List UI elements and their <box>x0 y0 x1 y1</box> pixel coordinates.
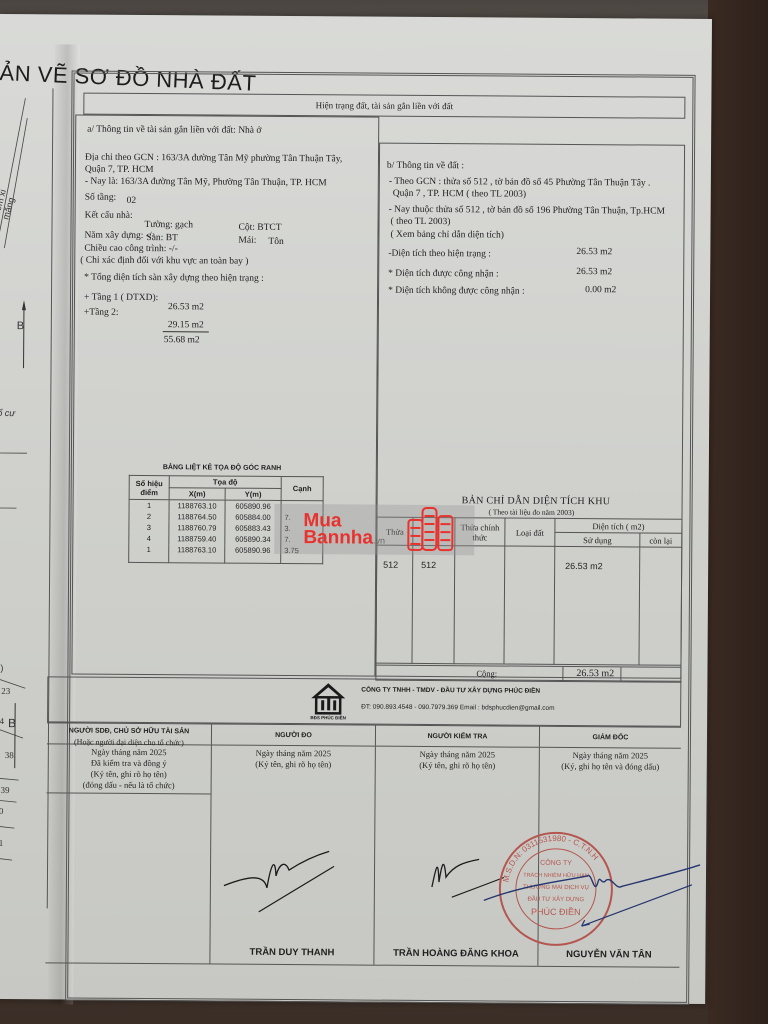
role-title: NGƯỜI SDĐ, CHỦ SỞ HỮU TÀI SẢN <box>47 725 211 737</box>
column-material: Cột: BTCT <box>238 223 281 234</box>
address-gcn: Địa chỉ theo GCN : 163/3A đường Tân Mỹ p… <box>85 153 342 165</box>
role-title: NGƯỜI ĐO <box>212 723 375 746</box>
svg-text:BĐS PHÚC ĐIỀN: BĐS PHÚC ĐIỀN <box>310 714 346 720</box>
floor1-label: + Tầng 1 ( DTXD): <box>84 293 158 304</box>
parcel-gcn-district: Quận 7 , TP. HCM ( theo TL 2003) <box>393 189 526 200</box>
parcel-now: - Nay thuộc thửa số 512 , tờ bản đồ số 1… <box>389 205 665 217</box>
section-marker-b: B <box>17 320 24 332</box>
house-logo-icon: BĐS PHÚC ĐIỀN <box>308 680 348 720</box>
table-row: 512 512 26.53 m2 <box>376 545 682 665</box>
company-name: CÔNG TY TNHH - TMDV - ĐẦU TƯ XÂY DỰNG PH… <box>361 687 540 695</box>
lot-number: 23 <box>1 686 10 696</box>
surveyor-signature <box>219 846 349 917</box>
floor2-value: 29.15 m2 <box>168 320 204 331</box>
section-marker-b: B <box>8 716 16 730</box>
area-unrecognized-label: * Diện tích không được công nhận : <box>388 286 525 297</box>
site-plan-strip: Hẻm xi măng B ổ cư 3) 23 24 B 38 39 40 4… <box>0 88 53 908</box>
section-b-heading: b/ Thông tin về đất : <box>387 161 464 172</box>
watermark-building-icon <box>406 506 456 552</box>
floor1-value: 26.53 m2 <box>168 302 204 313</box>
lot-number: 24 <box>0 716 4 726</box>
lot-number: 40 <box>0 806 3 816</box>
col-land-type: Loại đất <box>505 518 555 546</box>
total-floor-area-value: 55.68 m2 <box>164 335 200 346</box>
company-contact: ĐT: 090.893.4548 - 090.7979.369 Email : … <box>361 704 554 712</box>
year-built: Năm xây dựng: -/- <box>84 231 154 242</box>
address-gcn-district: Quận 7, TP. HCM <box>85 165 154 176</box>
col-y: Y(m) <box>225 488 281 500</box>
total-floor-area-label: * Tổng diện tích sàn xây dựng theo hiện … <box>84 273 264 285</box>
address-now: - Nay là: 163/3A đường Tân Mỹ, Phường Tâ… <box>85 177 327 189</box>
area-recognized-label: * Diện tích được công nhận : <box>388 269 499 280</box>
lot-number: 38 <box>5 750 14 760</box>
section-a-panel <box>71 115 379 677</box>
role-title: NGƯỜI KIỂM TRA <box>376 725 539 748</box>
wall-material: Tường: gạch <box>144 220 193 231</box>
col-point: Số hiệu điểm <box>129 475 169 499</box>
roof-label: Mái: <box>238 236 256 247</box>
signature-owner: NGƯỜI SDĐ, CHỦ SỞ HỮU TÀI SẢN (Hoặc ngườ… <box>45 722 211 963</box>
partial-label: ổ cư <box>0 408 15 418</box>
col-coords: Tọa độ <box>169 476 281 489</box>
signer-name: NGUYỄN VĂN TÂN <box>538 949 679 961</box>
signer-name: TRẦN HOÀNG ĐĂNG KHOA <box>374 948 537 960</box>
see-table-note: ( Xem bảng chỉ dẫn diện tích) <box>390 230 504 241</box>
area-current-value: 26.53 m2 <box>576 247 612 258</box>
floor2-label: +Tầng 2: <box>84 308 119 319</box>
lot-number: 39 <box>1 785 10 795</box>
role-title: GIÁM ĐỐC <box>540 726 681 749</box>
total-value: 26.53 m2 <box>576 668 614 679</box>
company-band <box>47 676 681 726</box>
col-x: X(m) <box>169 488 225 500</box>
desk-surface <box>708 0 768 1024</box>
area-table-subtitle: ( Theo tài liệu đo năm 2003) <box>489 507 575 517</box>
area-recognized-value: 26.53 m2 <box>576 267 612 278</box>
roof-value: Tôn <box>268 237 283 248</box>
partial-bottom-label: 3) <box>0 663 3 673</box>
floors-label: Số tầng: <box>85 193 116 204</box>
col-area: Diện tích ( m2) <box>555 518 682 533</box>
col-edge: Cạnh <box>281 476 323 500</box>
lot-number: 41 <box>0 838 3 848</box>
building-height: Chiều cao công trình: -/- <box>84 244 177 255</box>
coords-table-title: BẢNG LIỆT KÊ TỌA ĐỘ GÓC RANH <box>163 464 281 472</box>
signature-surveyor: NGƯỜI ĐO Ngày tháng năm 2025 (Ký tên, gh… <box>209 723 375 964</box>
watermark-logo: Mua Bannha.vn <box>303 512 385 550</box>
section-a-heading: a/ Thông tin về tài sản gắn liền với đất… <box>87 125 261 137</box>
parcel-gcn: - Theo GCN : thửa số 512 , tờ bản đồ số … <box>389 177 651 189</box>
height-note: ( Chỉ xác định đối với khu vực an toàn b… <box>80 256 248 268</box>
floors-value: 02 <box>127 196 137 207</box>
col-remaining: còn lại <box>640 533 682 547</box>
area-unrecognized-value: 0.00 m2 <box>585 285 616 296</box>
col-used: Sử dụng <box>555 532 640 547</box>
signer-name: TRẦN DUY THANH <box>210 946 373 958</box>
parcel-now-note: ( theo TL 2003) <box>391 217 451 228</box>
director-signature <box>482 855 703 937</box>
total-label: Cộng: <box>476 668 497 678</box>
area-table-title: BẢN CHỈ DẪN DIỆN TÍCH KHU <box>462 495 611 507</box>
structure-label: Kết cấu nhà: <box>85 211 133 222</box>
area-current-label: -Diện tích theo hiện trạng : <box>388 249 491 260</box>
document-sheet: ẢN VẼ SƠ ĐỒ NHÀ ĐẤT Hẻm xi măng B ổ cư 3… <box>0 14 712 1004</box>
